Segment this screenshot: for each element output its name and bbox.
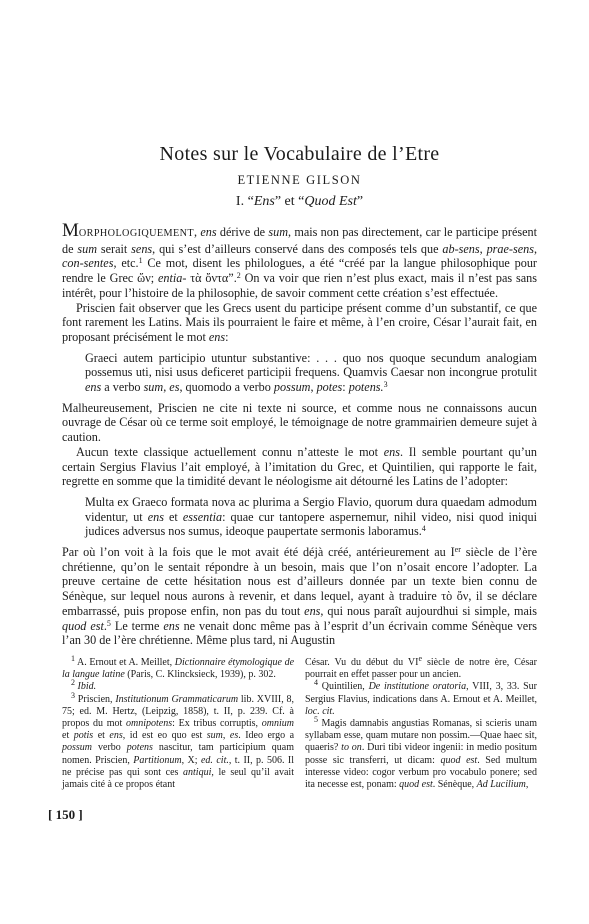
footnote-5: 5 Magis damnabis angustias Romanas, si s… — [305, 718, 537, 791]
footnote-4: 4 Quintilien, De institutione oratoria, … — [305, 681, 537, 718]
footnote-1: 1 A. Ernout et A. Meillet, Dictionnaire … — [62, 657, 294, 681]
latin-quote-quintilien: Multa ex Graeco formata nova ac plurima … — [85, 495, 537, 539]
footnote-3-continuation: César. Vu du début du VIe siècle de notr… — [305, 657, 537, 681]
article-body: MORPHOLOGIQUEMENT, ens dérive de sum, ma… — [62, 221, 537, 648]
footnotes-section: 1 A. Ernout et A. Meillet, Dictionnaire … — [62, 657, 537, 791]
footnote-2: 2 Ibid. — [62, 681, 294, 693]
paragraph-aucun-texte: Aucun texte classique actuellement connu… — [62, 445, 537, 489]
latin-quote-priscien: Graeci autem participio utuntur substant… — [85, 351, 537, 395]
paragraph-priscien: Priscien fait observer que les Grecs use… — [62, 301, 537, 345]
author-name: ETIENNE GILSON — [62, 173, 537, 188]
section-heading: I. “Ens” et “Quod Est” — [62, 194, 537, 210]
document-page: Notes sur le Vocabulaire de l’Etre ETIEN… — [0, 0, 589, 924]
footnotes-right-column: César. Vu du début du VIe siècle de notr… — [305, 657, 537, 791]
paragraph-malheureusement: Malheureusement, Priscien ne cite ni tex… — [62, 401, 537, 445]
paragraph-par-ou-lon-voit: Par où l’on voit à la fois que le mot av… — [62, 545, 537, 648]
page-title: Notes sur le Vocabulaire de l’Etre — [62, 143, 537, 166]
footnotes-left-column: 1 A. Ernout et A. Meillet, Dictionnaire … — [62, 657, 294, 791]
page-number: [ 150 ] — [48, 807, 537, 823]
paragraph-morphologiquement: MORPHOLOGIQUEMENT, ens dérive de sum, ma… — [62, 221, 537, 301]
footnote-3: 3 Priscien, Institutionum Grammaticarum … — [62, 694, 294, 792]
